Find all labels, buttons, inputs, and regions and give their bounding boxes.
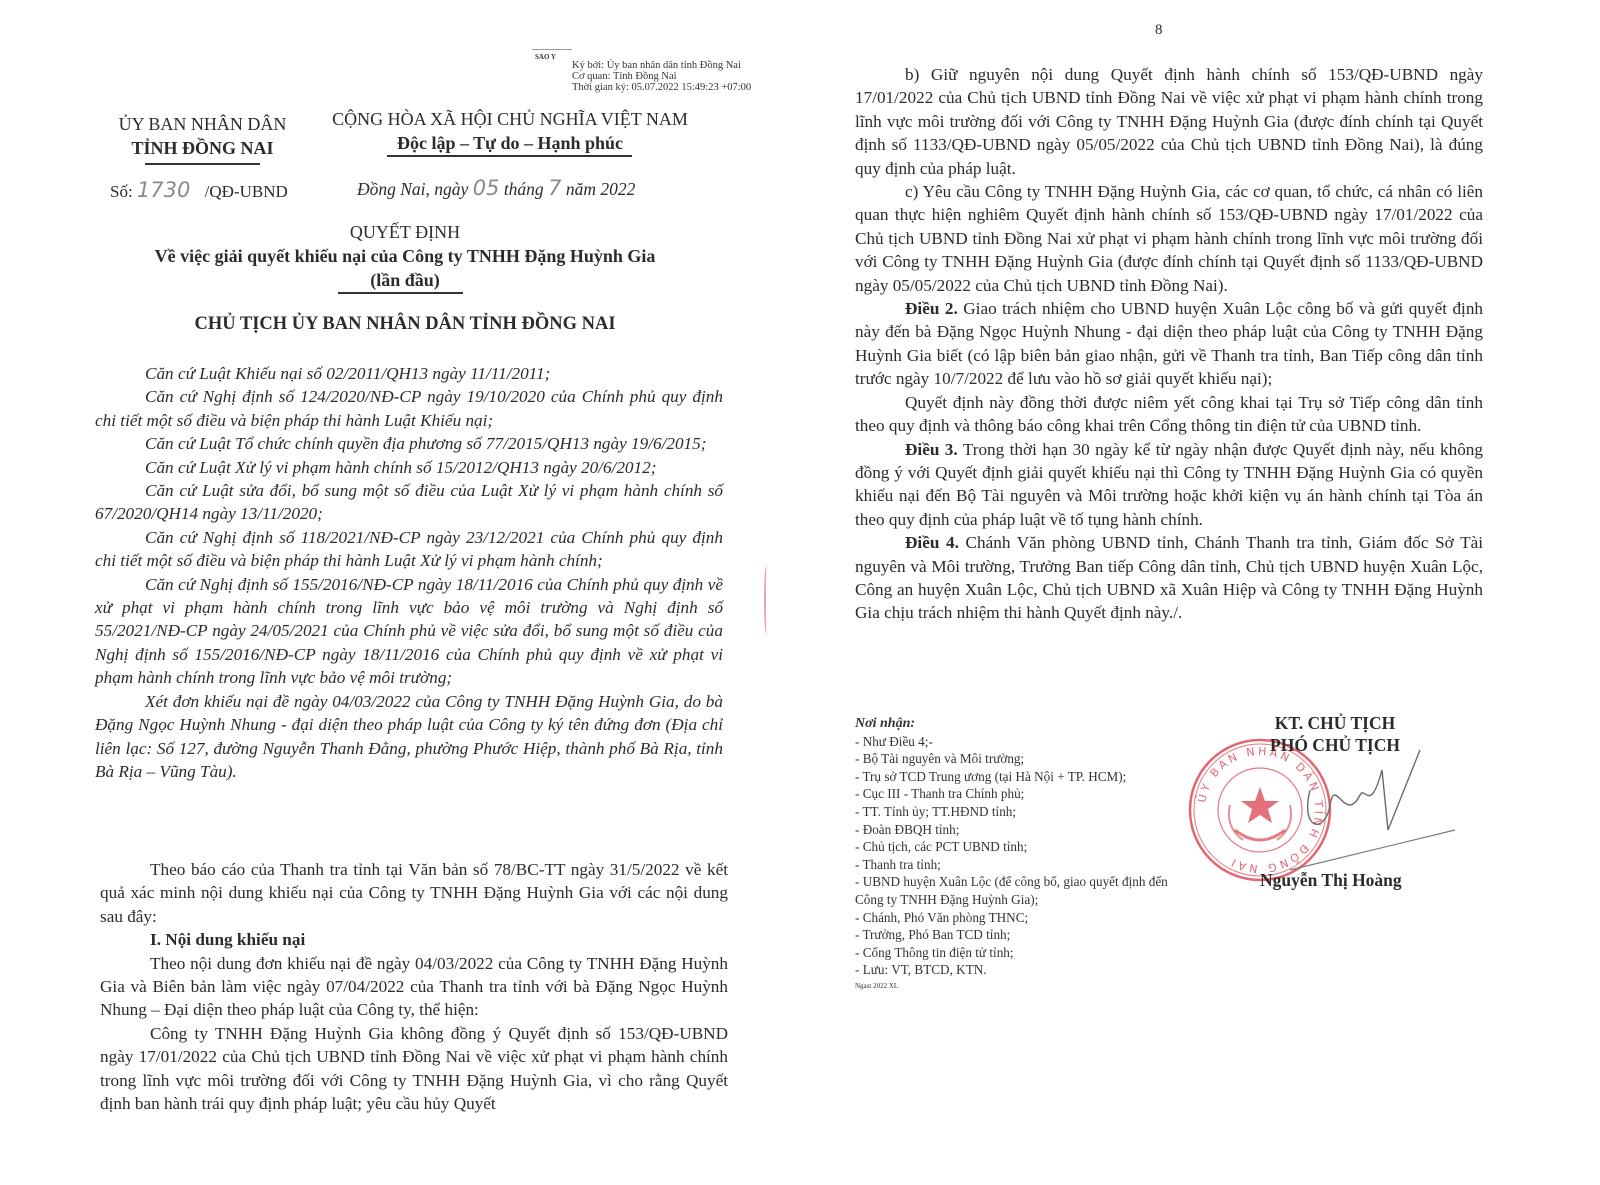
article-paragraph: c) Yêu cầu Công ty TNHH Đặng Huỳnh Gia, … <box>855 180 1483 297</box>
legal-basis-item: Căn cứ Luật Xử lý vi phạm hành chính số … <box>95 456 723 479</box>
document-date: Đồng Nai, ngày 05 tháng 7 năm 2022 <box>357 176 635 200</box>
copy-tag: SAO Y <box>535 52 556 63</box>
org-underline <box>145 163 260 165</box>
recipient-item: - Cục III - Thanh tra Chính phủ; <box>855 785 1190 803</box>
report-section: Theo báo cáo của Thanh tra tỉnh tại Văn … <box>100 858 728 1115</box>
motto-underline <box>387 155 632 157</box>
article-paragraph: b) Giữ nguyên nội dung Quyết định hành c… <box>855 63 1483 180</box>
legal-basis-item: Xét đơn khiếu nại đề ngày 04/03/2022 của… <box>95 690 723 784</box>
handwritten-day: 05 <box>473 176 500 200</box>
recipients-list: - Như Điều 4;-- Bộ Tài nguyên và Môi trư… <box>855 733 1190 979</box>
recipient-item: - Lưu: VT, BTCD, KTN. <box>855 961 1190 979</box>
legal-basis-item: Căn cứ Nghị định số 124/2020/NĐ-CP ngày … <box>95 385 723 432</box>
signer-name: Nguyễn Thị Hoàng <box>1260 870 1402 891</box>
legal-basis-item: Căn cứ Nghị định số 155/2016/NĐ-CP ngày … <box>95 573 723 690</box>
section-heading: I. Nội dung khiếu nại <box>100 928 728 951</box>
nation-line1: CỘNG HÒA XÃ HỘI CHỦ NGHĨA VIỆT NAM <box>305 107 715 131</box>
recipients-title: Nơi nhận: <box>855 715 1190 733</box>
section-paragraph: Công ty TNHH Đặng Huỳnh Gia không đồng ý… <box>100 1022 728 1116</box>
issuing-authority: ỦY BAN NHÂN DÂN TỈNH ĐỒNG NAI <box>95 112 310 160</box>
digital-signature-block: Ký bởi: Ủy ban nhân dân tỉnh Đồng Nai Cơ… <box>572 60 832 93</box>
authority-title: CHỦ TỊCH ỦY BAN NHÂN DÂN TỈNH ĐỒNG NAI <box>95 312 715 336</box>
section-paragraph: Theo nội dung đơn khiếu nại đề ngày 04/0… <box>100 952 728 1022</box>
recipient-item: - Chủ tịch, các PCT UBND tỉnh; <box>855 838 1190 856</box>
recipient-item: - Thanh tra tỉnh; <box>855 856 1190 874</box>
decision-heading: QUYẾT ĐỊNH Về việc giải quyết khiếu nại … <box>95 220 715 292</box>
article-3: Điều 3. Trong thời hạn 30 ngày kể từ ngà… <box>855 438 1483 532</box>
decision-articles: b) Giữ nguyên nội dung Quyết định hành c… <box>855 63 1483 625</box>
stamp-edge-mark <box>764 565 769 635</box>
handwritten-number: 1730 <box>137 178 190 202</box>
nation-line2: Độc lập – Tự do – Hạnh phúc <box>305 131 715 155</box>
recipient-item: - Như Điều 4;- <box>855 733 1190 751</box>
recipient-item: - Cổng Thông tin điện tử tỉnh; <box>855 944 1190 962</box>
page-number: 8 <box>1155 22 1163 39</box>
legal-basis-item: Căn cứ Luật sửa đổi, bổ sung một số điều… <box>95 479 723 526</box>
recipient-item: - UBND huyện Xuân Lộc (để công bố, giao … <box>855 873 1190 908</box>
recipient-item: - Trụ sở TCD Trung ương (tại Hà Nội + TP… <box>855 768 1190 786</box>
subject-line2: (lần đầu) <box>95 268 715 292</box>
legal-basis-item: Căn cứ Nghị định số 118/2021/NĐ-CP ngày … <box>95 526 723 573</box>
legal-basis-item: Căn cứ Luật Tổ chức chính quyền địa phươ… <box>95 432 723 455</box>
article-paragraph: Quyết định này đồng thời được niêm yết c… <box>855 391 1483 438</box>
subject-line1: Về việc giải quyết khiếu nại của Công ty… <box>95 244 715 268</box>
handwritten-month: 7 <box>548 176 561 200</box>
recipient-item: - Đoàn ĐBQH tỉnh; <box>855 821 1190 839</box>
report-paragraph: Theo báo cáo của Thanh tra tỉnh tại Văn … <box>100 858 728 928</box>
legal-basis-item: Căn cứ Luật Khiếu nại số 02/2011/QH13 ng… <box>95 362 723 385</box>
legal-bases: Căn cứ Luật Khiếu nại số 02/2011/QH13 ng… <box>95 362 723 783</box>
recipient-item: - Trưởng, Phó Ban TCD tỉnh; <box>855 926 1190 944</box>
footer-code: Ngast 2022 XL <box>855 981 1190 991</box>
subject-underline <box>338 292 463 294</box>
recipient-item: - TT. Tỉnh ủy; TT.HĐND tỉnh; <box>855 803 1190 821</box>
org-line1: ỦY BAN NHÂN DÂN <box>95 112 310 136</box>
article-2: Điều 2. Giao trách nhiệm cho UBND huyện … <box>855 297 1483 391</box>
signature-time: Thời gian ký: 05.07.2022 15:49:23 +07:00 <box>572 82 832 93</box>
org-line2: TỈNH ĐỒNG NAI <box>95 136 310 160</box>
national-title: CỘNG HÒA XÃ HỘI CHỦ NGHĨA VIỆT NAM Độc l… <box>305 107 715 155</box>
document-number: Số: 1730 /QĐ-UBND <box>110 178 288 202</box>
signature-signer: Ký bởi: Ủy ban nhân dân tỉnh Đồng Nai <box>572 60 832 71</box>
doc-type: QUYẾT ĐỊNH <box>95 220 715 244</box>
article-4: Điều 4. Chánh Văn phòng UBND tỉnh, Chánh… <box>855 531 1483 625</box>
handwritten-signature-icon <box>1270 735 1470 885</box>
signature-title1: KT. CHỦ TỊCH <box>1210 712 1460 734</box>
signature-agency: Cơ quan: Tỉnh Đồng Nai <box>572 71 832 82</box>
copy-tag-rule <box>532 49 572 50</box>
recipient-item: - Bộ Tài nguyên và Môi trường; <box>855 750 1190 768</box>
recipient-item: - Chánh, Phó Văn phòng THNC; <box>855 909 1190 927</box>
recipients-block: Nơi nhận: - Như Điều 4;-- Bộ Tài nguyên … <box>855 715 1190 991</box>
